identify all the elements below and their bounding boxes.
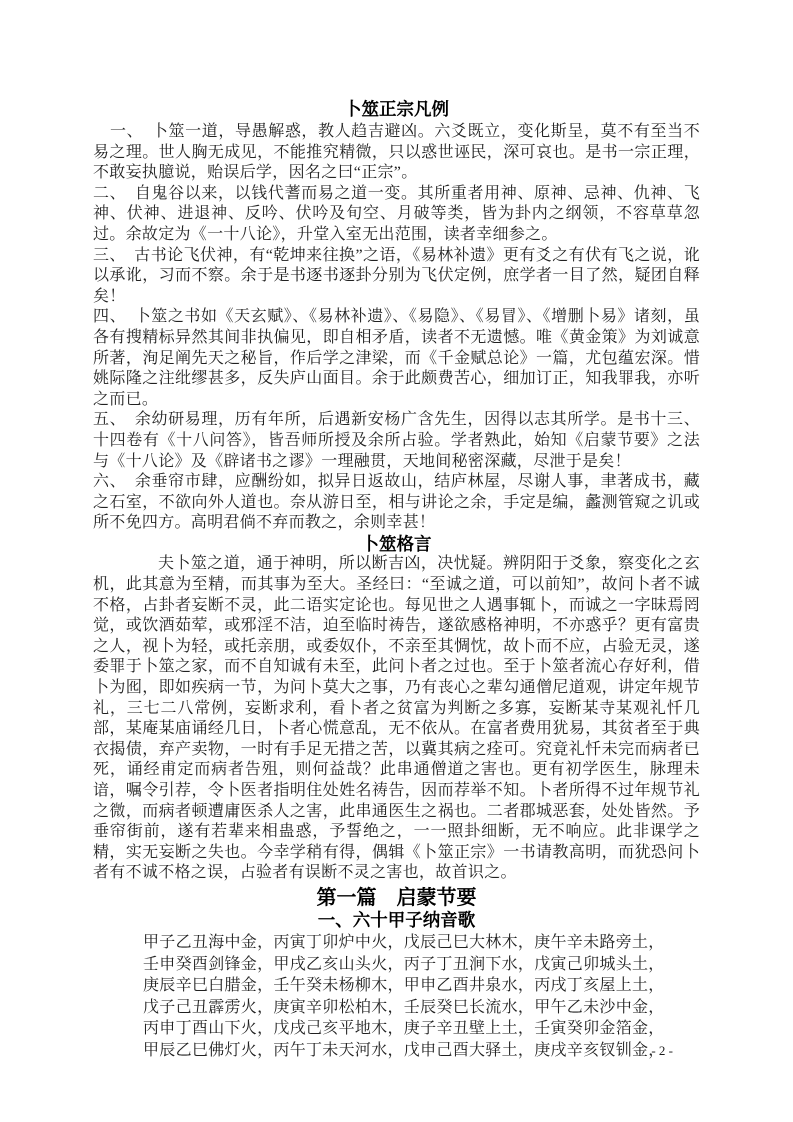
fanli-paragraphs: 一、 卜筮一道，导愚解惑，教人趋吉避凶。六爻既立，变化斯呈，莫不有至当不易之理。… bbox=[93, 122, 700, 534]
song-line: 甲辰乙巳佛灯火，丙午丁未天河水，戊申己酉大驿土，庚戌辛亥钗钏金， bbox=[143, 1040, 700, 1062]
paragraph: 一、 卜筮一道，导愚解惑，教人趋吉避凶。六爻既立，变化斯呈，莫不有至当不易之理。… bbox=[93, 122, 700, 184]
paragraph: 五、 余幼研易理，历有年所，后遇新安杨广含先生，因得以志其所学。是书十三、十四卷… bbox=[93, 410, 700, 472]
chapter-title: 第一篇 启蒙节要 bbox=[93, 886, 700, 910]
paragraph: 四、 卜筮之书如《天玄赋》、《易林补遗》、《易隐》、《易冒》、《增删卜易》诸刻，… bbox=[93, 307, 700, 410]
song-title: 一、六十甲子纳音歌 bbox=[93, 910, 700, 930]
song-line: 戊子己丑霹雳火，庚寅辛卯松柏木，壬辰癸巳长流水，甲午乙未沙中金， bbox=[143, 997, 700, 1019]
song-line: 壬申癸酉剑锋金，甲戌乙亥山头火，丙子丁丑涧下水，戊寅己卯城头土， bbox=[143, 954, 700, 976]
nayin-song-lines: 甲子乙丑海中金，丙寅丁卯炉中火，戊辰己巳大林木，庚午辛未路旁土，壬申癸酉剑锋金，… bbox=[93, 932, 700, 1062]
paragraph: 六、 余垂帘市肆，应酬纷如，拟异日返故山，结庐林屋，尽谢人事，聿著成书，藏之石室… bbox=[93, 472, 700, 534]
paragraph: 三、 古书论飞伏神，有“乾坤来往换”之语，《易林补遗》更有爻之有伏有飞之说，讹以… bbox=[93, 246, 700, 308]
song-line: 庚辰辛巳白腊金，壬午癸未杨柳木，甲申乙酉井泉水，丙戌丁亥屋上土， bbox=[143, 975, 700, 997]
geyan-title: 卜筮格言 bbox=[93, 534, 700, 555]
document-page: 卜筮正宗凡例 一、 卜筮一道，导愚解惑，教人趋吉避凶。六爻既立，变化斯呈，莫不有… bbox=[0, 0, 793, 1122]
fanli-title: 卜筮正宗凡例 bbox=[93, 99, 700, 119]
song-line: 丙申丁酉山下火，戊戌己亥平地木，庚子辛丑壁上土，壬寅癸卯金箔金， bbox=[143, 1018, 700, 1040]
geyan-paragraph: 夫卜筮之道，通于神明，所以断吉凶，决忧疑。辨阴阳于爻象，察变化之玄机，此其意为至… bbox=[93, 554, 700, 884]
paragraph: 二、 自鬼谷以来，以钱代蓍而易之道一变。其所重者用神、原神、忌神、仇神、飞神、伏… bbox=[93, 184, 700, 246]
page-number: - 2 - bbox=[651, 1043, 673, 1059]
song-line: 甲子乙丑海中金，丙寅丁卯炉中火，戊辰己巳大林木，庚午辛未路旁土， bbox=[143, 932, 700, 954]
